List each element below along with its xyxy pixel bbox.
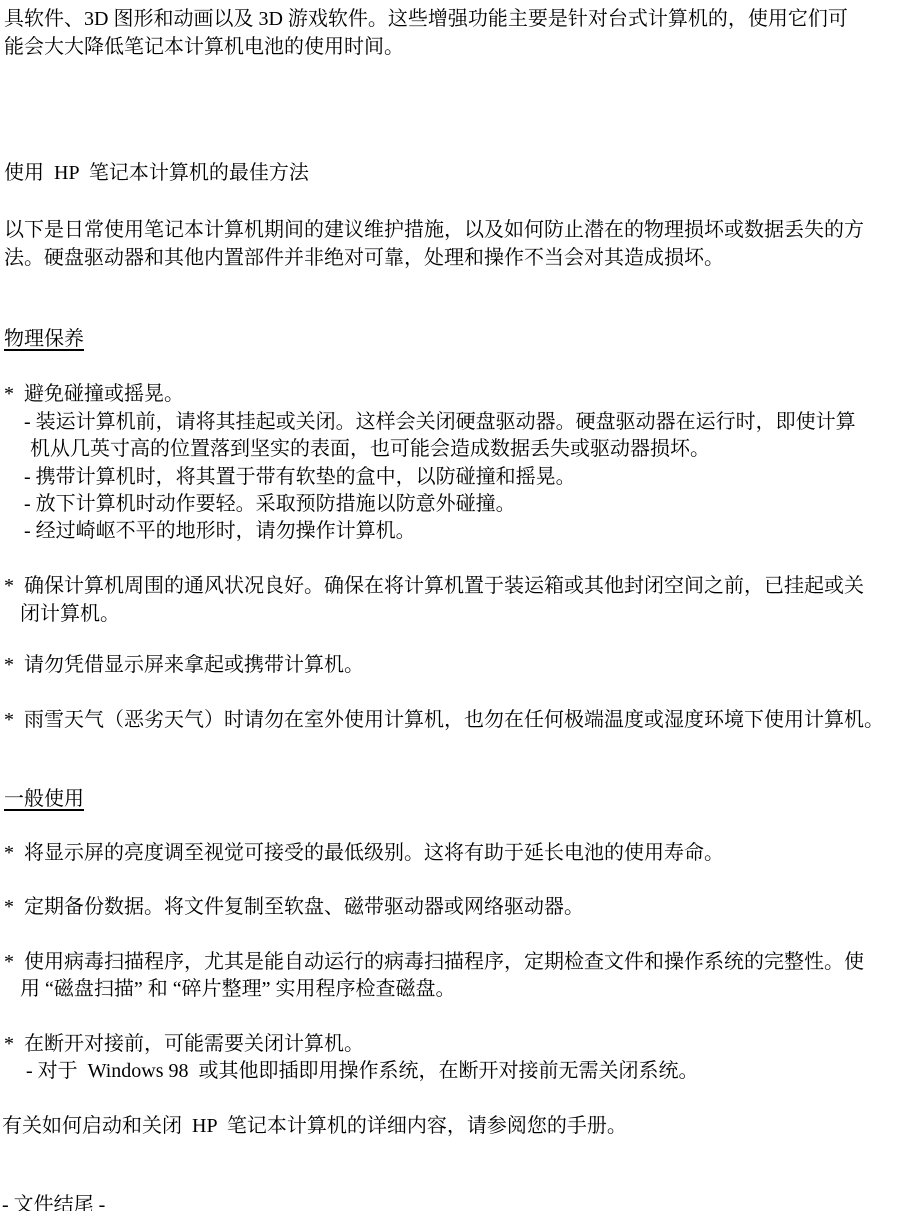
bullet-undocking: * 在断开对接前，可能需要关闭计算机。 <box>4 1031 364 1058</box>
bullet-backup: * 定期备份数据。将文件复制至软盘、磁带驱动器或网络驱动器。 <box>4 894 584 921</box>
section-title: 使用 HP 笔记本计算机的最佳方法 <box>4 160 309 187</box>
subitem-shipping-line-1: - 装运计算机前，请将其挂起或关闭。这样会关闭硬盘驱动器。硬盘驱动器在运行时，即… <box>24 409 856 436</box>
document-page: 具软件、3D 图形和动画以及 3D 游戏软件。这些增强功能主要是针对台式计算机的… <box>0 0 897 1211</box>
bullet-ventilation-line-2: 闭计算机。 <box>20 601 120 628</box>
heading-physical-care: 物理保养 <box>4 326 84 353</box>
intro-wrap-line-1: 具软件、3D 图形和动画以及 3D 游戏软件。这些增强功能主要是针对台式计算机的… <box>4 6 848 33</box>
bullet-ventilation-line-1: * 确保计算机周围的通风状况良好。确保在将计算机置于装运箱或其他封闭空间之前，已… <box>4 573 864 600</box>
subitem-rough-terrain: - 经过崎岖不平的地形时，请勿操作计算机。 <box>24 518 416 545</box>
bullet-display-handling: * 请勿凭借显示屏来拿起或携带计算机。 <box>4 652 364 679</box>
closing-note: 有关如何启动和关闭 HP 笔记本计算机的详细内容，请参阅您的手册。 <box>2 1113 627 1140</box>
subitem-set-down: - 放下计算机时动作要轻。采取预防措施以防意外碰撞。 <box>24 491 516 518</box>
intro-wrap-line-2: 能会大大降低笔记本计算机电池的使用时间。 <box>4 34 404 61</box>
subitem-shipping-line-2: 机从几英寸高的位置落到坚实的表面，也可能会造成数据丢失或驱动器损坏。 <box>30 436 710 463</box>
bullet-avoid-shock: * 避免碰撞或摇晃。 <box>4 381 184 408</box>
end-of-file-marker: - 文件结尾 - <box>2 1192 105 1211</box>
bullet-virus-scan-line-1: * 使用病毒扫描程序，尤其是能自动运行的病毒扫描程序，定期检查文件和操作系统的完… <box>4 949 864 976</box>
subitem-carrying: - 携带计算机时，将其置于带有软垫的盒中，以防碰撞和摇晃。 <box>24 464 576 491</box>
intro-paragraph-line-2: 法。硬盘驱动器和其他内置部件并非绝对可靠，处理和操作不当会对其造成损坏。 <box>4 245 724 272</box>
intro-paragraph-line-1: 以下是日常使用笔记本计算机期间的建议维护措施，以及如何防止潜在的物理损坏或数据丢… <box>4 217 864 244</box>
heading-general-use: 一般使用 <box>4 786 84 813</box>
subitem-windows98: - 对于 Windows 98 或其他即插即用操作系统，在断开对接前无需关闭系统… <box>26 1058 699 1085</box>
bullet-virus-scan-line-2: 用 “磁盘扫描” 和 “碎片整理” 实用程序检查磁盘。 <box>20 976 456 1003</box>
bullet-weather: * 雨雪天气（恶劣天气）时请勿在室外使用计算机，也勿在任何极端温度或湿度环境下使… <box>4 707 884 734</box>
bullet-brightness: * 将显示屏的亮度调至视觉可接受的最低级别。这将有助于延长电池的使用寿命。 <box>4 840 724 867</box>
